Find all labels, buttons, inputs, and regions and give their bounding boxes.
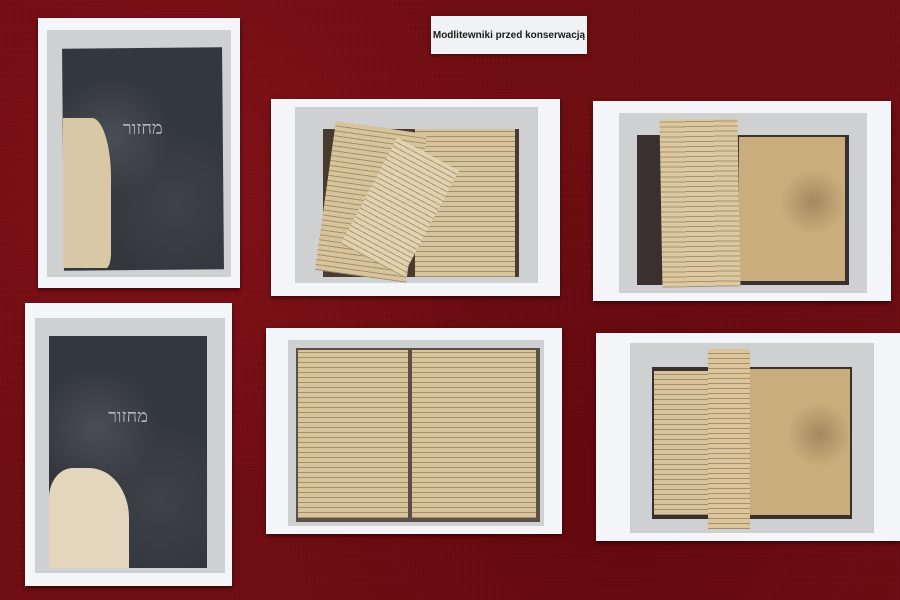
photo-bottom-middle (288, 340, 544, 526)
exhibit-label: Modlitewniki przed konserwacją (431, 16, 587, 54)
photo-print-bottom-right (596, 333, 900, 541)
book-title-page (660, 118, 741, 287)
photo-print-top-middle (271, 99, 560, 296)
photo-top-left: מחזור (47, 30, 231, 277)
photo-top-right (619, 113, 867, 293)
book-loose-pages (708, 349, 750, 529)
photo-bottom-right (630, 343, 874, 533)
book-page-left (654, 371, 714, 515)
cover-damage (63, 118, 111, 268)
book-page-right (748, 369, 850, 515)
photo-bottom-left: מחזור (35, 318, 225, 573)
photo-top-middle (295, 107, 538, 283)
book-page-left (298, 350, 408, 518)
book-page-right (412, 350, 536, 518)
photo-print-top-right (593, 101, 891, 301)
book-page-right (739, 137, 845, 281)
photo-print-bottom-middle (266, 328, 562, 534)
cover-title: מחזור (123, 118, 164, 270)
photo-print-top-left: מחזור (38, 18, 240, 288)
photo-print-bottom-left: מחזור (25, 303, 232, 586)
cover-damage (49, 468, 129, 568)
